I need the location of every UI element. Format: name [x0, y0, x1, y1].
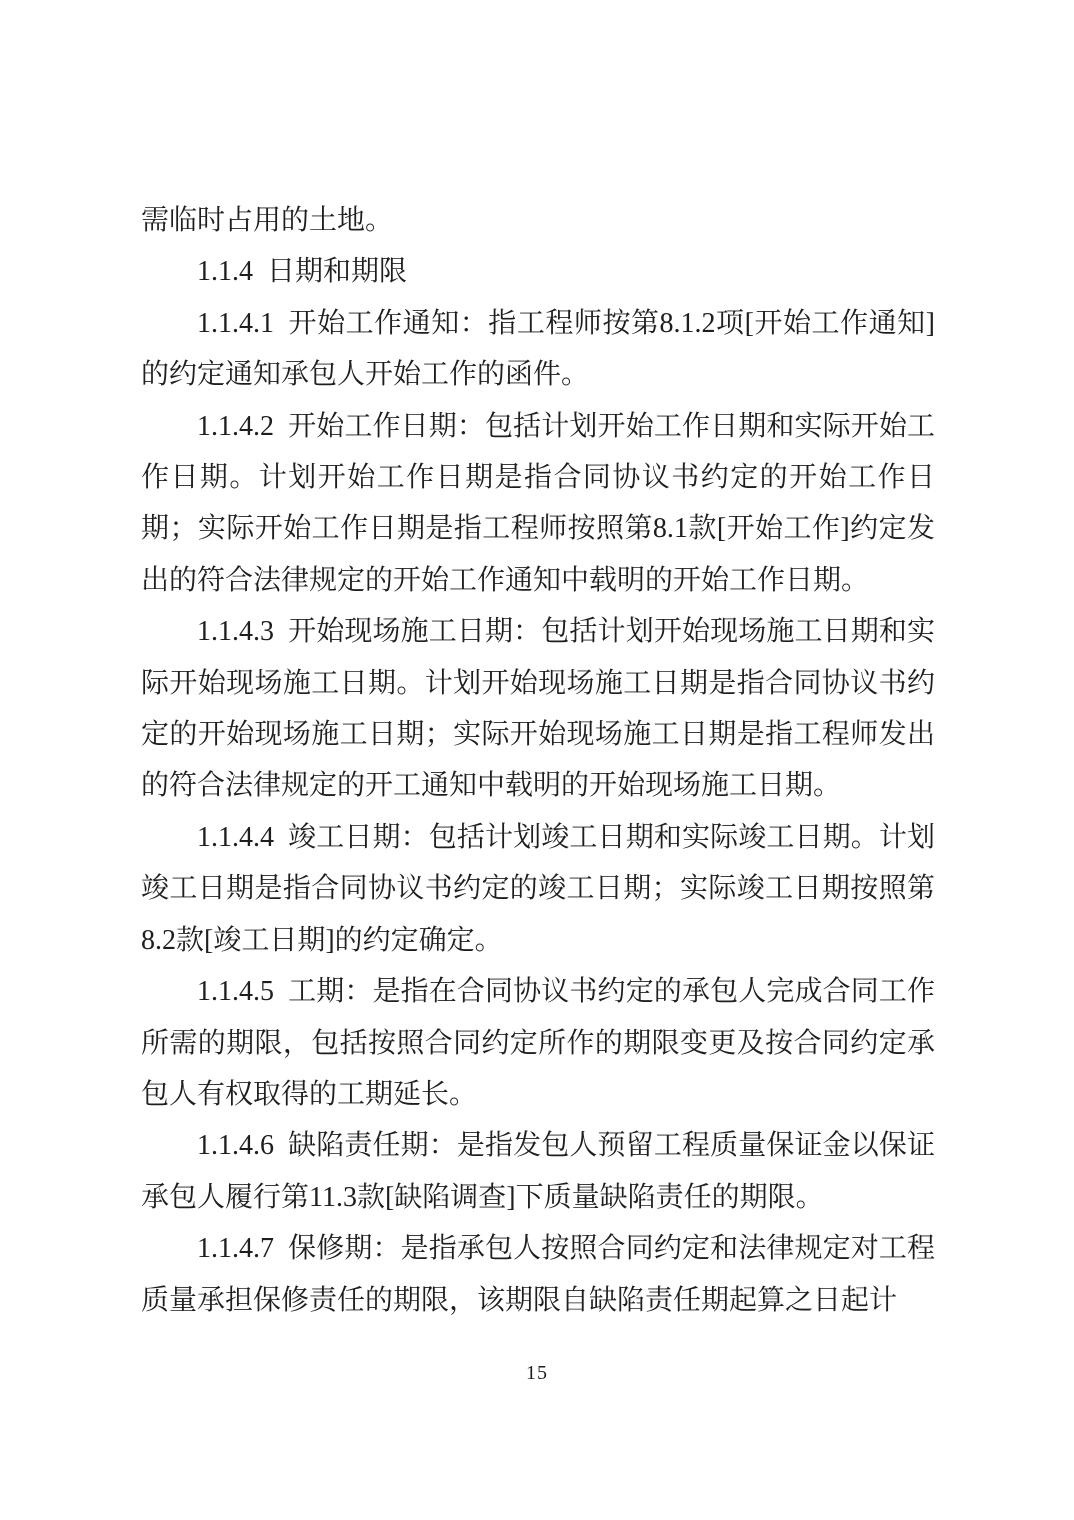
page-number: 15	[526, 1362, 548, 1384]
paragraph-clause-1-1-4-6: 1.1.4.6 缺陷责任期：是指发包人预留工程质量保证金以保证承包人履行第11.…	[141, 1120, 935, 1223]
page-footer: 15	[0, 1362, 1074, 1385]
paragraph-clause-1-1-4-1: 1.1.4.1 开始工作通知：指工程师按第8.1.2项[开始工作通知]的约定通知…	[141, 298, 935, 401]
document-page: 需临时占用的土地。1.1.4 日期和期限1.1.4.1 开始工作通知：指工程师按…	[0, 0, 1074, 1520]
paragraph-clause-1-1-4-5: 1.1.4.5 工期：是指在合同协议书约定的承包人完成合同工作所需的期限，包括按…	[141, 966, 935, 1120]
paragraph-clause-1-1-4-7: 1.1.4.7 保修期：是指承包人按照合同约定和法律规定对工程质量承担保修责任的…	[141, 1223, 935, 1326]
paragraph-continuation: 需临时占用的土地。	[141, 195, 935, 246]
document-body: 需临时占用的土地。1.1.4 日期和期限1.1.4.1 开始工作通知：指工程师按…	[141, 195, 935, 1326]
paragraph-heading-1-1-4: 1.1.4 日期和期限	[141, 246, 935, 297]
paragraph-clause-1-1-4-4: 1.1.4.4 竣工日期：包括计划竣工日期和实际竣工日期。计划竣工日期是指合同协…	[141, 812, 935, 966]
paragraph-clause-1-1-4-2: 1.1.4.2 开始工作日期：包括计划开始工作日期和实际开始工作日期。计划开始工…	[141, 401, 935, 607]
paragraph-clause-1-1-4-3: 1.1.4.3 开始现场施工日期：包括计划开始现场施工日期和实际开始现场施工日期…	[141, 606, 935, 812]
